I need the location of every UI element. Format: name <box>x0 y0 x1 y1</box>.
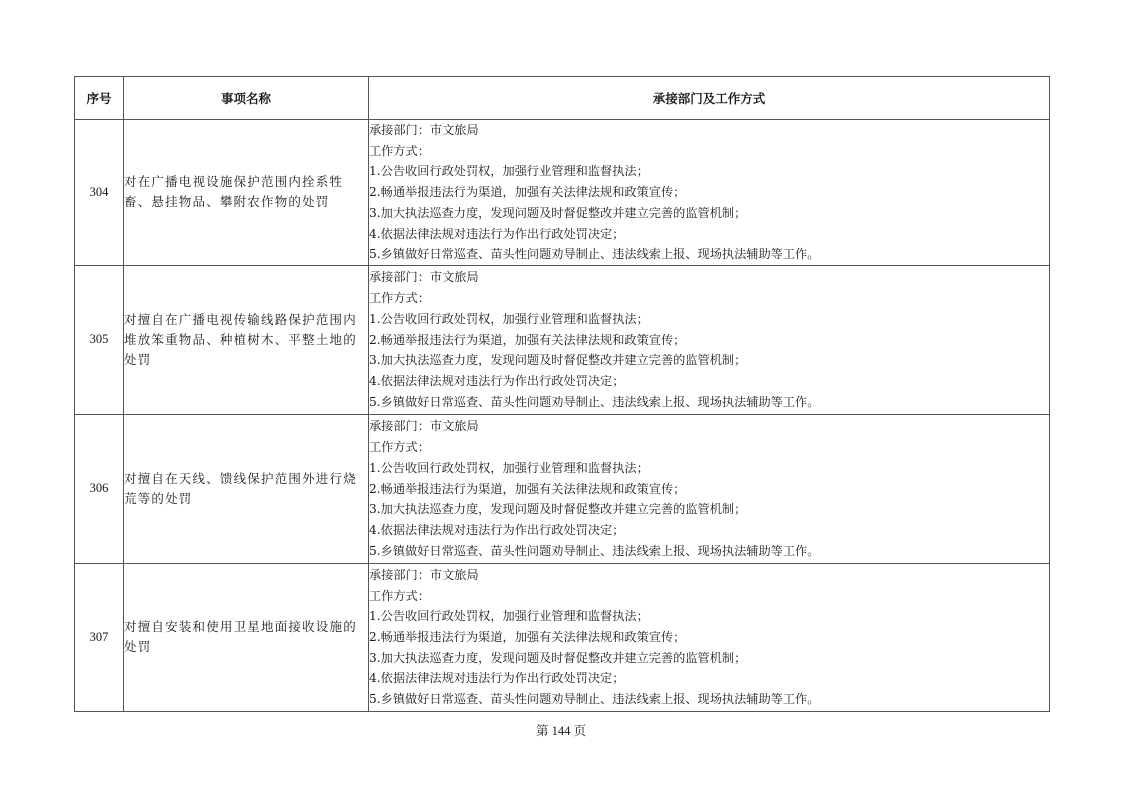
method-step: 2.畅通举报违法行为渠道，加强有关法律法规和政策宣传； <box>369 182 1049 203</box>
row-department-method: 承接部门：市文旅局工作方式：1.公告收回行政处罚权，加强行业管理和监督执法；2.… <box>369 120 1050 266</box>
department-line: 承接部门：市文旅局 <box>369 120 1049 141</box>
method-step: 3.加大执法巡查力度，发现问题及时督促整改并建立完善的监管机制； <box>369 350 1049 371</box>
row-serial: 305 <box>75 265 124 414</box>
method-step: 2.畅通举报违法行为渠道，加强有关法律法规和政策宣传； <box>369 330 1049 351</box>
method-step: 5.乡镇做好日常巡查、苗头性问题劝导制止、违法线索上报、现场执法辅助等工作。 <box>369 689 1049 710</box>
row-department-method: 承接部门：市文旅局工作方式：1.公告收回行政处罚权，加强行业管理和监督执法；2.… <box>369 414 1050 563</box>
method-step: 1.公告收回行政处罚权，加强行业管理和监督执法； <box>369 309 1049 330</box>
header-item-name: 事项名称 <box>124 77 369 120</box>
method-step: 2.畅通举报违法行为渠道，加强有关法律法规和政策宣传； <box>369 627 1049 648</box>
department-line: 承接部门：市文旅局 <box>369 416 1049 437</box>
method-step: 5.乡镇做好日常巡查、苗头性问题劝导制止、违法线索上报、现场执法辅助等工作。 <box>369 541 1049 562</box>
row-serial: 304 <box>75 120 124 266</box>
method-label: 工作方式： <box>369 586 1049 607</box>
method-step: 1.公告收回行政处罚权，加强行业管理和监督执法； <box>369 161 1049 182</box>
row-item-name: 对擅自安装和使用卫星地面接收设施的处罚 <box>124 563 369 711</box>
method-step: 1.公告收回行政处罚权，加强行业管理和监督执法； <box>369 458 1049 479</box>
table-header-row: 序号 事项名称 承接部门及工作方式 <box>75 77 1050 120</box>
header-serial: 序号 <box>75 77 124 120</box>
method-step: 3.加大执法巡查力度，发现问题及时督促整改并建立完善的监管机制； <box>369 648 1049 669</box>
matters-table: 序号 事项名称 承接部门及工作方式 304对在广播电视设施保护范围内拴系牲畜、悬… <box>74 76 1050 712</box>
row-item-name: 对在广播电视设施保护范围内拴系牲畜、悬挂物品、攀附农作物的处罚 <box>124 120 369 266</box>
method-label: 工作方式： <box>369 437 1049 458</box>
method-step: 2.畅通举报违法行为渠道，加强有关法律法规和政策宣传； <box>369 479 1049 500</box>
row-department-method: 承接部门：市文旅局工作方式：1.公告收回行政处罚权，加强行业管理和监督执法；2.… <box>369 265 1050 414</box>
page-number: 第 144 页 <box>0 721 1122 739</box>
table-row: 305对擅自在广播电视传输线路保护范围内堆放笨重物品、种植树木、平整土地的处罚承… <box>75 265 1050 414</box>
method-step: 1.公告收回行政处罚权，加强行业管理和监督执法； <box>369 606 1049 627</box>
method-label: 工作方式： <box>369 141 1049 162</box>
table-row: 306对擅自在天线、馈线保护范围外进行烧荒等的处罚承接部门：市文旅局工作方式：1… <box>75 414 1050 563</box>
method-step: 5.乡镇做好日常巡查、苗头性问题劝导制止、违法线索上报、现场执法辅助等工作。 <box>369 244 1049 265</box>
row-serial: 307 <box>75 563 124 711</box>
method-step: 3.加大执法巡查力度，发现问题及时督促整改并建立完善的监管机制； <box>369 499 1049 520</box>
row-department-method: 承接部门：市文旅局工作方式：1.公告收回行政处罚权，加强行业管理和监督执法；2.… <box>369 563 1050 711</box>
method-step: 4.依据法律法规对违法行为作出行政处罚决定； <box>369 668 1049 689</box>
row-item-name: 对擅自在广播电视传输线路保护范围内堆放笨重物品、种植树木、平整土地的处罚 <box>124 265 369 414</box>
row-item-name: 对擅自在天线、馈线保护范围外进行烧荒等的处罚 <box>124 414 369 563</box>
method-step: 4.依据法律法规对违法行为作出行政处罚决定； <box>369 224 1049 245</box>
department-line: 承接部门：市文旅局 <box>369 267 1049 288</box>
method-step: 4.依据法律法规对违法行为作出行政处罚决定； <box>369 371 1049 392</box>
table-row: 304对在广播电视设施保护范围内拴系牲畜、悬挂物品、攀附农作物的处罚承接部门：市… <box>75 120 1050 266</box>
method-step: 4.依据法律法规对违法行为作出行政处罚决定； <box>369 520 1049 541</box>
header-department-method: 承接部门及工作方式 <box>369 77 1050 120</box>
method-step: 5.乡镇做好日常巡查、苗头性问题劝导制止、违法线索上报、现场执法辅助等工作。 <box>369 392 1049 413</box>
table-row: 307对擅自安装和使用卫星地面接收设施的处罚承接部门：市文旅局工作方式：1.公告… <box>75 563 1050 711</box>
method-label: 工作方式： <box>369 288 1049 309</box>
row-serial: 306 <box>75 414 124 563</box>
department-line: 承接部门：市文旅局 <box>369 565 1049 586</box>
method-step: 3.加大执法巡查力度，发现问题及时督促整改并建立完善的监管机制； <box>369 203 1049 224</box>
